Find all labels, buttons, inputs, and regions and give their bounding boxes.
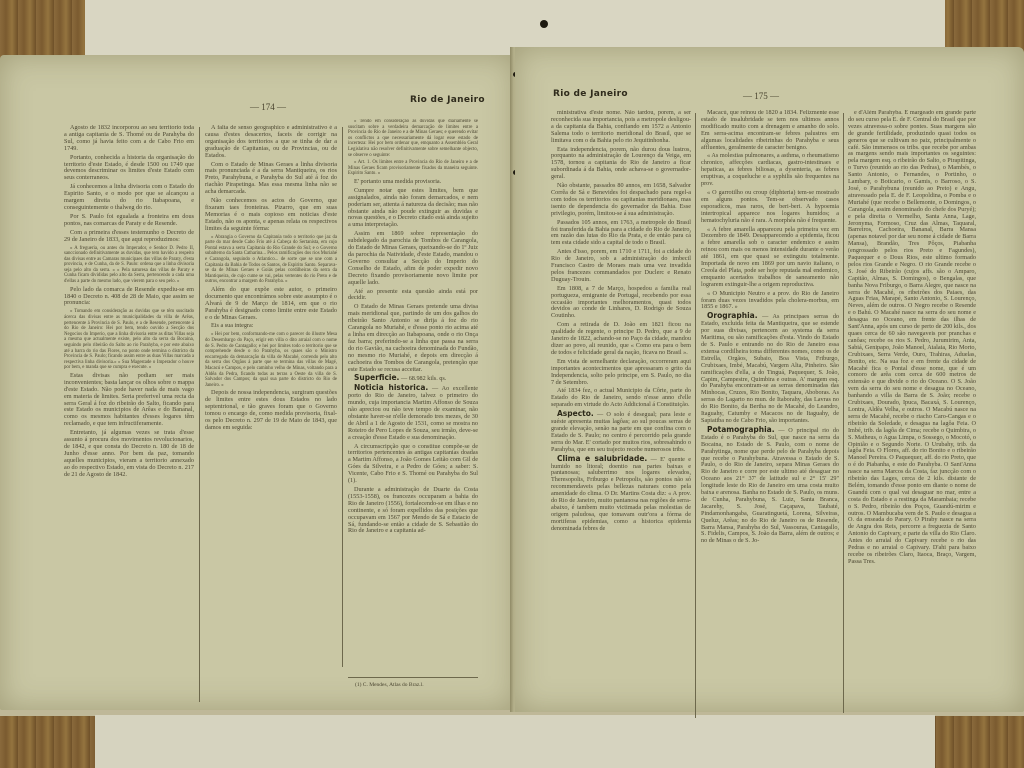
quoted-text: « Abrangia o Governo da Capitania todo o… bbox=[205, 235, 337, 285]
paragraph: Por S. Paulo foi egualada a fronteira em… bbox=[64, 214, 194, 228]
text-column-1: Agosto de 1832 incorporou ao seu territo… bbox=[64, 125, 194, 705]
column-divider bbox=[342, 127, 343, 667]
paragraph: Entretanto, já algumas vezes se trata d'… bbox=[64, 430, 194, 478]
paragraph: Em vista de semelhante declaração, occor… bbox=[551, 359, 691, 387]
paragraph: A circumscripção que o constitue compõe-… bbox=[348, 444, 478, 485]
paragraph: Assim em 1869 sobre representação do sub… bbox=[348, 231, 478, 286]
paragraph: « A febre amarella appareceu pela primei… bbox=[701, 227, 839, 289]
text-column-2: Macacú, que reinou de 1820 a 1834. Feliz… bbox=[701, 110, 839, 715]
paragraph: Com o Estado de Minas Geraes a linha div… bbox=[205, 162, 337, 197]
column-divider bbox=[695, 113, 696, 718]
paragraph: Portanto, conhecida a historia da organi… bbox=[64, 155, 194, 183]
quoted-decree: « A fregueria, ou antes do Imperador, e … bbox=[64, 246, 194, 285]
text-column-3: « Tendo em consideração as duvidas que d… bbox=[348, 119, 478, 674]
section-title: Superficie. bbox=[354, 373, 399, 382]
section-text: — As principaes serras do Estado, exclui… bbox=[701, 313, 839, 424]
underlying-paper-sheet-bottom bbox=[95, 715, 935, 768]
section-text: — 68.982 kils. qs. bbox=[401, 375, 446, 382]
paragraph: Macacú, que reinou de 1820 a 1834. Feliz… bbox=[701, 110, 839, 151]
paragraph: Até ao presente esta questão ainda está … bbox=[348, 289, 478, 303]
paragraph: Não obstante, passados 80 annos, em 1658… bbox=[551, 183, 691, 218]
paragraph: Esta independencia, porem, não durou dou… bbox=[551, 147, 691, 182]
paragraph: Pelo lado da comarca de Resende expediu-… bbox=[64, 287, 194, 308]
section-clima: Clima e salubridade. — E' quente e humid… bbox=[551, 456, 691, 533]
running-header: Rio de Janeiro bbox=[553, 89, 628, 99]
text-column-1: ministrativa d'este nome. Não tardou, po… bbox=[551, 110, 691, 720]
paragraph: Antes d'isso, porem, em 1710 e 1711, foi… bbox=[551, 249, 691, 284]
right-page: Rio de Janeiro — 175 — ministrativa d'es… bbox=[515, 47, 1024, 712]
section-text: — Ao excellente porto do Rio de Janeiro,… bbox=[348, 385, 478, 440]
section-title: Noticia historica. bbox=[354, 383, 428, 392]
section-text: — O solo é desegual; para leste e suéste… bbox=[551, 411, 691, 453]
paragraph: Com a retirada de D. João em 1821 ficou … bbox=[551, 322, 691, 357]
paragraph: Até 1834 fez, o actual Municipio da Côrt… bbox=[551, 388, 691, 409]
paragraph: Além do que expõe este autor, o primeiro… bbox=[205, 287, 337, 322]
paragraph: Com a primeira d'esses testemunho o Decr… bbox=[64, 230, 194, 244]
section-text: — E' quente e humido no litoral; doentio… bbox=[551, 456, 691, 532]
quoted-decree: « Tomando em consideração as duvidas que… bbox=[64, 309, 194, 371]
paragraph: « As molestias pulmonares, a asthma, o r… bbox=[701, 153, 839, 188]
page-number: — 174 — bbox=[250, 102, 286, 112]
footnote-divider bbox=[348, 677, 478, 678]
paragraph: Depois de nossa independencia, surgiram … bbox=[205, 390, 337, 431]
text-column-2: A falta de senso geographico e administr… bbox=[205, 125, 337, 705]
quoted-alvara: « Hei por bem, conformando-me com o pare… bbox=[205, 332, 337, 388]
paragraph: Em 1808, a 7 de Março, hospedou a famili… bbox=[551, 286, 691, 321]
running-header: Rio de Janeiro bbox=[410, 95, 485, 105]
text-column-3: e d'Além Parahyba. E margeado em grande … bbox=[848, 110, 976, 715]
section-text: — O principal rio do Estado é o Parahyba… bbox=[701, 427, 839, 545]
paragraph: Eis a sua integra: bbox=[205, 323, 337, 330]
left-page: — 174 — Rio de Janeiro Agosto de 1832 in… bbox=[0, 55, 515, 710]
paragraph: « O Municipio Neutro e a prov. do Rio de… bbox=[701, 291, 839, 312]
paragraph: Não conhecemos os actos do Governo, que … bbox=[205, 198, 337, 233]
binding-clip bbox=[540, 20, 548, 28]
paragraph: « O garrotilho ou croup (diphteria) tem-… bbox=[701, 190, 839, 225]
paragraph: e d'Além Parahyba. E margeado em grande … bbox=[848, 110, 976, 566]
quoted-decree: « Art. 1. Os limites entre a Provincia d… bbox=[348, 160, 478, 177]
paragraph: O Estado de Minas Geraes pretende uma di… bbox=[348, 304, 478, 373]
section-title: Potamographia. bbox=[707, 425, 775, 434]
section-orographia: Orographia. — As principaes serras do Es… bbox=[701, 313, 839, 425]
paragraph: E' portanto uma medida provisoria. bbox=[348, 179, 478, 186]
section-title: Clima e salubridade. bbox=[557, 454, 647, 463]
section-noticia-historica: Noticia historica. — Ao excellente porto… bbox=[348, 385, 478, 441]
section-potamographia: Potamographia. — O principal rio do Esta… bbox=[701, 427, 839, 545]
paragraph: Agosto de 1832 incorporou ao seu territo… bbox=[64, 125, 194, 153]
section-title: Aspecto. bbox=[557, 409, 594, 418]
section-aspecto: Aspecto. — O solo é desegual; para leste… bbox=[551, 411, 691, 453]
paragraph: Durante a administração de Duarte da Cos… bbox=[348, 487, 478, 535]
paragraph: Estas divisas não podiam ser mais inconv… bbox=[64, 373, 194, 428]
section-superficie: Superficie. — 68.982 kils. qs. bbox=[348, 375, 478, 383]
section-title: Orographia. bbox=[707, 311, 758, 320]
column-divider bbox=[843, 113, 844, 713]
paragraph: Passados 105 annos, em 1763, a metropole… bbox=[551, 220, 691, 248]
paragraph: A falta de senso geographico e administr… bbox=[205, 125, 337, 160]
paragraph: Já conhecemos a linha divisoria com o Es… bbox=[64, 184, 194, 212]
paragraph: ministrativa d'este nome. Não tardou, po… bbox=[551, 110, 691, 145]
footnote: (1) C. Mendes, Atlas do Braz.l. bbox=[355, 682, 424, 688]
paragraph: Cumpre notar que estes limites, bem que … bbox=[348, 188, 478, 229]
page-number: — 175 — bbox=[743, 91, 779, 101]
quoted-decree: « Tendo em consideração as duvidas que d… bbox=[348, 119, 478, 158]
column-divider bbox=[199, 127, 200, 702]
